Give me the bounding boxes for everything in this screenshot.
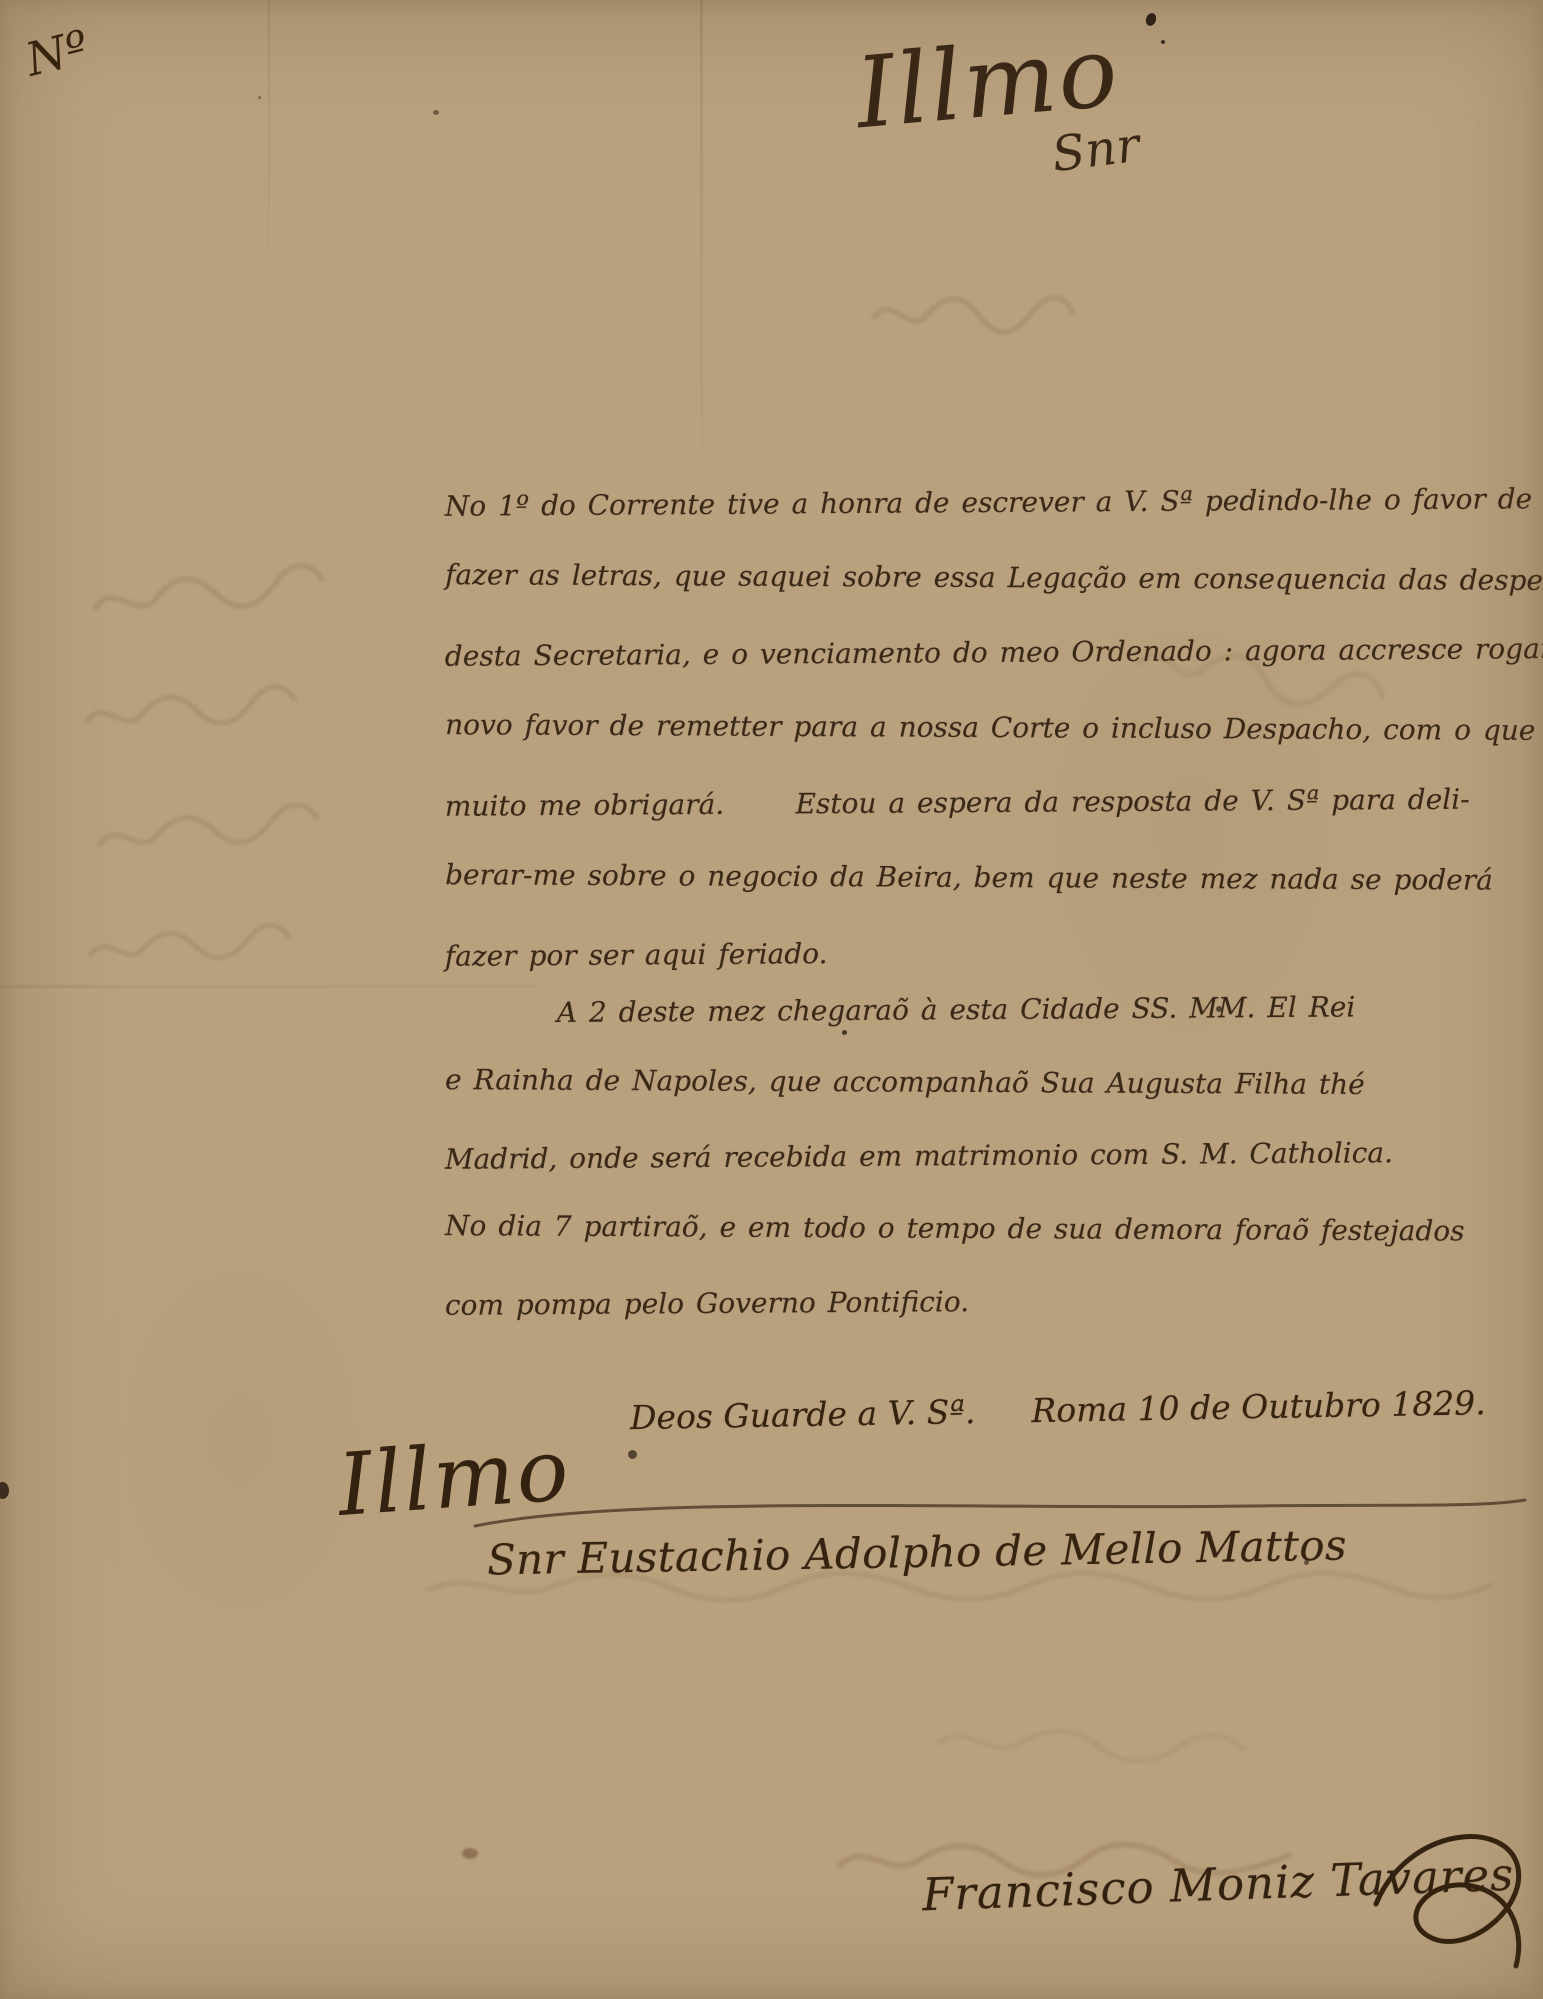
closing-block: Deos Guarde a V. Sª.Roma 10 de Outubro 1… [587,1344,1487,1477]
bleed-through-mark [78,671,302,745]
dateline: Roma 10 de Outubro 1829. [1031,1383,1486,1430]
ink-blot [1161,40,1165,44]
body-paragraph-2: A 2 deste mez chegaraõ à esta Cidade SS.… [445,993,1535,1358]
body-line: e Rainha de Napoles, que accompanhaõ Sua… [445,1063,1535,1142]
body-line: berar-me sobre o negocio da Beira, bem q… [445,858,1535,939]
bleed-through-mark [83,911,296,976]
body-line: fazer as letras, que saquei sobre essa L… [445,558,1535,639]
body-line: Madrid, onde será recebida em matrimonio… [445,1135,1535,1216]
bleed-through-mark [90,788,324,867]
body-line: desta Secretaria, e o venciamento do meo… [445,632,1535,715]
document-number-mark: Nº [20,19,94,87]
body-line: novo favor de remetter para a nossa Cort… [445,708,1535,789]
bleed-through-mark [929,1712,1251,1773]
body-line: muito me obrigará. Estou a espera da res… [445,782,1535,865]
body-line: No 1º do Corrente tive a honra de escrev… [445,482,1535,565]
ink-speck [433,110,439,115]
body-paragraph-1: No 1º do Corrente tive a honra de escrev… [445,486,1535,1011]
bleed-through-mark [86,548,331,633]
manuscript-page: Nº Illmo Snr No 1º do Corrente tive a ho… [0,0,1543,1999]
ink-blot [0,1482,9,1499]
signature-flourish [1368,1808,1538,1988]
body-line: No dia 7 partiraõ, e em todo o tempo de … [445,1209,1535,1288]
ink-speck [258,96,261,99]
body-line: A 2 deste mez chegaraõ à esta Cidade SS.… [445,989,1535,1070]
vertical-crease [700,0,703,540]
closing-gap [976,1422,1032,1423]
closing-formula: Deos Guarde a V. Sª. [630,1392,976,1437]
paper-smudge [462,1848,478,1859]
bleed-through-mark [868,282,1078,342]
vertical-crease [268,0,270,320]
salutation-snr: Snr [1049,117,1143,183]
ink-blot [1144,12,1158,28]
